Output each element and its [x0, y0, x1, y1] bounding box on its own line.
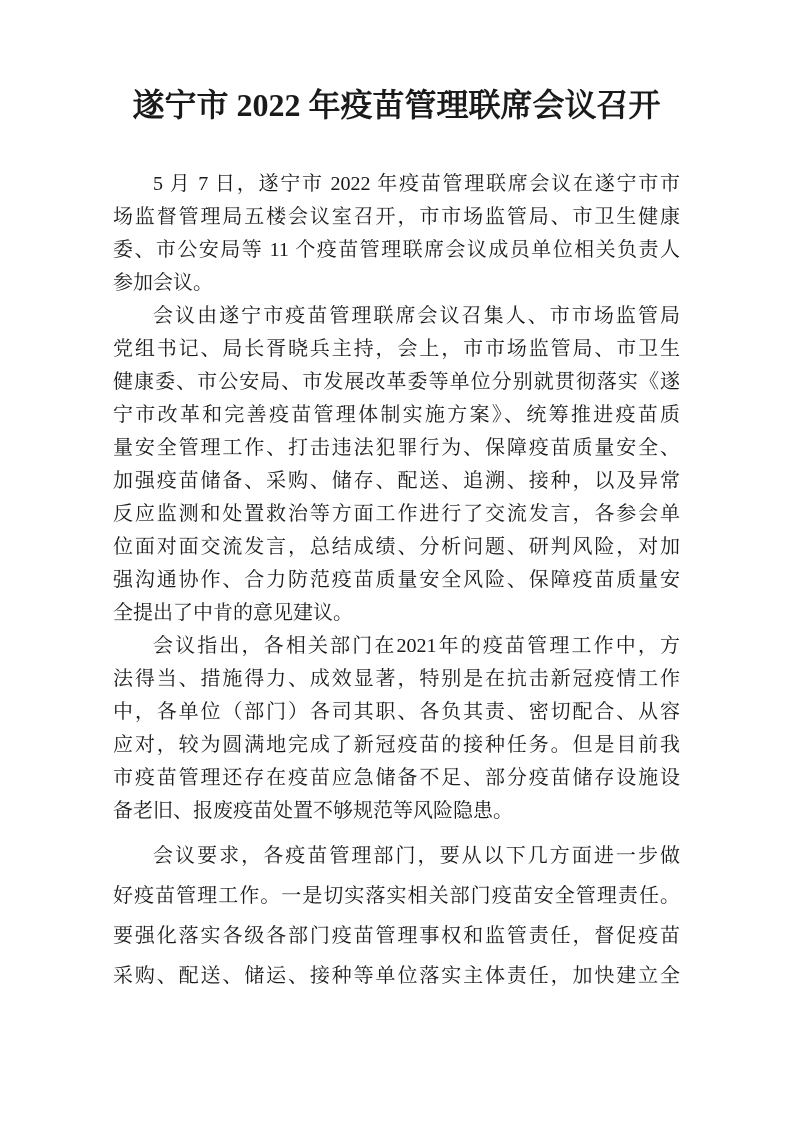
text-line: 健康委、市公安局、市发展改革委等单位分别就贯彻落实《遂 — [113, 366, 680, 399]
text-line: 备老旧、报废疫苗处置不够规范等风险隐患。 — [113, 795, 680, 828]
text-line: 好疫苗管理工作。一是切实落实相关部门疫苗安全管理责任。 — [113, 876, 680, 916]
text-line: 中，各单位（部门）各司其职、各负其责、密切配合、从容 — [113, 696, 680, 729]
text-line: 加强疫苗储备、采购、储存、配送、追溯、接种，以及异常 — [113, 465, 680, 498]
text-line: 要强化落实各级各部门疫苗管理事权和监管责任，督促疫苗 — [113, 916, 680, 956]
text-line: 应对，较为圆满地完成了新冠疫苗的接种任务。但是目前我 — [113, 729, 680, 762]
document-page: 遂宁市 2022 年疫苗管理联席会议召开 5 月 7 日，遂宁市 2022 年疫… — [0, 0, 793, 1122]
paragraph-1: 5 月 7 日，遂宁市 2022 年疫苗管理联席会议在遂宁市市场监督管理局五楼会… — [113, 168, 680, 300]
text-line: 会议要求，各疫苗管理部门，要从以下几方面进一步做 — [113, 836, 680, 876]
text-line: 采购、配送、储运、接种等单位落实主体责任，加快建立全 — [113, 956, 680, 996]
text-line: 量安全管理工作、打击违法犯罪行为、保障疫苗质量安全、 — [113, 432, 680, 465]
paragraph-3: 会议指出，各相关部门在2021年的疫苗管理工作中，方法得当、措施得力、成效显著，… — [113, 630, 680, 828]
document-title: 遂宁市 2022 年疫苗管理联席会议召开 — [113, 86, 680, 124]
text-line: 会议由遂宁市疫苗管理联席会议召集人、市市场监管局 — [113, 300, 680, 333]
text-line: 市疫苗管理还存在疫苗应急储备不足、部分疫苗储存设施设 — [113, 762, 680, 795]
text-line: 党组书记、局长胥晓兵主持，会上，市市场监管局、市卫生 — [113, 333, 680, 366]
text-line: 宁市改革和完善疫苗管理体制实施方案》、统筹推进疫苗质 — [113, 399, 680, 432]
text-line: 位面对面交流发言，总结成绩、分析问题、研判风险，对加 — [113, 531, 680, 564]
text-line: 全提出了中肯的意见建议。 — [113, 597, 680, 630]
text-line: 场监督管理局五楼会议室召开，市市场监管局、市卫生健康 — [113, 201, 680, 234]
document-body: 5 月 7 日，遂宁市 2022 年疫苗管理联席会议在遂宁市市场监督管理局五楼会… — [113, 168, 680, 996]
text-line: 5 月 7 日，遂宁市 2022 年疫苗管理联席会议在遂宁市市 — [113, 168, 680, 201]
text-line: 委、市公安局等 11 个疫苗管理联席会议成员单位相关负责人 — [113, 234, 680, 267]
text-line: 会议指出，各相关部门在2021年的疫苗管理工作中，方 — [113, 630, 680, 663]
text-line: 反应监测和处置救治等方面工作进行了交流发言，各参会单 — [113, 498, 680, 531]
paragraph-4: 会议要求，各疫苗管理部门，要从以下几方面进一步做好疫苗管理工作。一是切实落实相关… — [113, 836, 680, 996]
text-line: 参加会议。 — [113, 267, 680, 300]
text-line: 强沟通协作、合力防范疫苗质量安全风险、保障疫苗质量安 — [113, 564, 680, 597]
paragraph-2: 会议由遂宁市疫苗管理联席会议召集人、市市场监管局党组书记、局长胥晓兵主持，会上，… — [113, 300, 680, 630]
text-line: 法得当、措施得力、成效显著，特别是在抗击新冠疫情工作 — [113, 663, 680, 696]
